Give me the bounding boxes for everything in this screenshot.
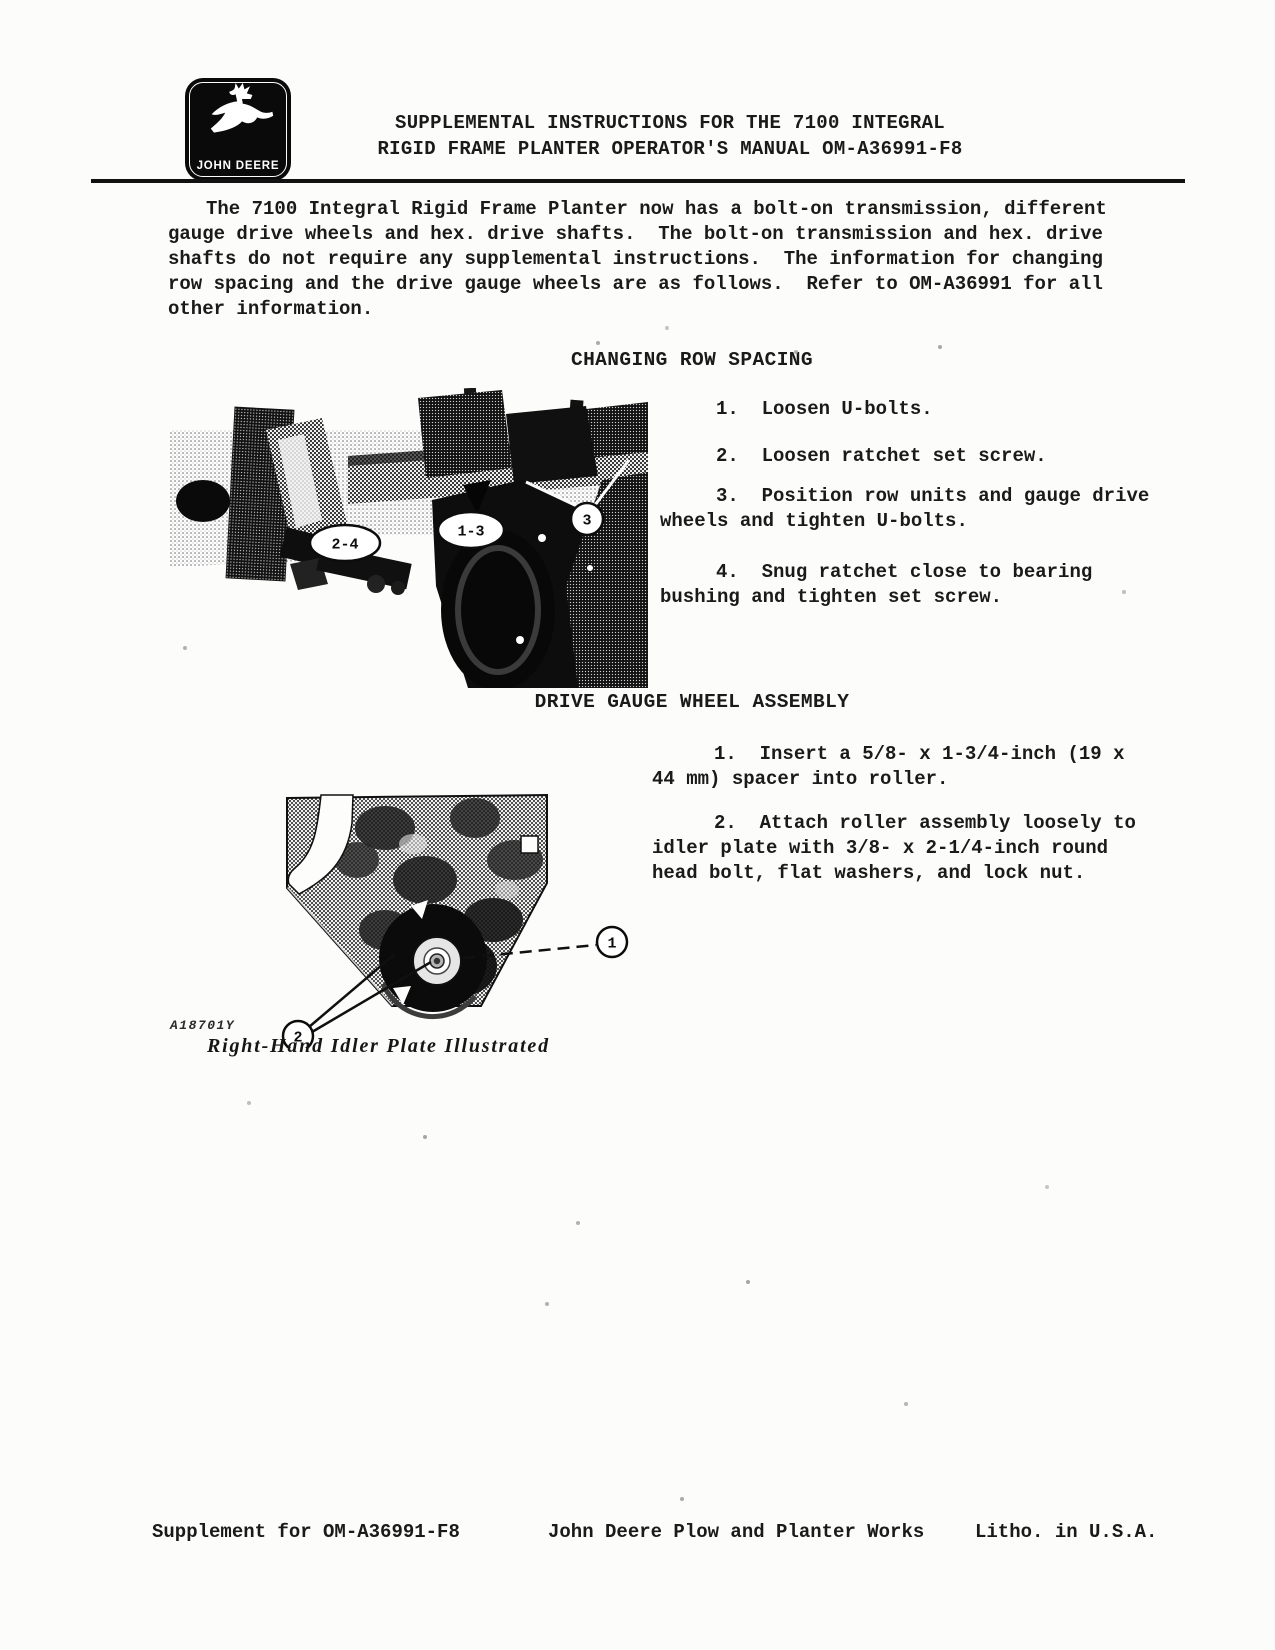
figure-caption: Right-Hand Idler Plate Illustrated xyxy=(207,1035,550,1058)
page-title: SUPPLEMENTAL INSTRUCTIONS FOR THE 7100 I… xyxy=(290,110,1050,162)
step-loosen-ratchet-screw: 2. Loosen ratchet set screw. xyxy=(660,444,1184,469)
section-heading-drive-gauge-wheel: DRIVE GAUGE WHEEL ASSEMBLY xyxy=(168,691,1216,713)
seed-hopper xyxy=(418,390,512,478)
row-spacing-photo: 2-4 1-3 3 xyxy=(170,388,648,688)
svg-text:1-3: 1-3 xyxy=(457,524,484,541)
idler-plate-diagram: 1 2 xyxy=(265,748,650,1048)
leaping-deer-icon xyxy=(197,83,279,147)
footer-litho: Litho. in U.S.A. xyxy=(975,1521,1157,1543)
section-heading-changing-row-spacing: CHANGING ROW SPACING xyxy=(168,349,1216,371)
callout-1-3: 1-3 xyxy=(438,512,504,548)
footer-publisher: John Deere Plow and Planter Works xyxy=(548,1521,924,1543)
step-position-row-units: 3. Position row units and gauge drive wh… xyxy=(660,484,1184,534)
john-deere-logo: JOHN DEERE xyxy=(185,78,291,181)
figure-photo-id: A18701Y xyxy=(170,1018,235,1033)
callout-1: 1 xyxy=(597,927,627,957)
square-hole xyxy=(521,836,538,853)
manual-page: JOHN DEERE SUPPLEMENTAL INSTRUCTIONS FOR… xyxy=(0,0,1275,1650)
step-insert-spacer: 1. Insert a 5/8- x 1-3/4-inch (19 x 44 m… xyxy=(652,742,1176,792)
svg-text:3: 3 xyxy=(582,513,591,530)
intro-paragraph: The 7100 Integral Rigid Frame Planter no… xyxy=(168,197,1158,322)
logo-brand-text: JOHN DEERE xyxy=(185,160,291,172)
callout-3: 3 xyxy=(571,503,603,535)
step-snug-ratchet: 4. Snug ratchet close to bearing bushing… xyxy=(660,560,1184,610)
page-footer: Supplement for OM-A36991-F8 John Deere P… xyxy=(0,1521,1275,1547)
callout-2-4: 2-4 xyxy=(310,525,380,561)
header-divider xyxy=(91,179,1185,183)
step-attach-roller: 2. Attach roller assembly loosely to idl… xyxy=(652,811,1176,886)
footer-supplement-ref: Supplement for OM-A36991-F8 xyxy=(152,1521,460,1543)
svg-text:1: 1 xyxy=(607,936,616,953)
svg-text:2-4: 2-4 xyxy=(331,537,358,554)
step-loosen-u-bolts: 1. Loosen U-bolts. xyxy=(660,397,1184,422)
scan-specks xyxy=(0,0,2,2)
